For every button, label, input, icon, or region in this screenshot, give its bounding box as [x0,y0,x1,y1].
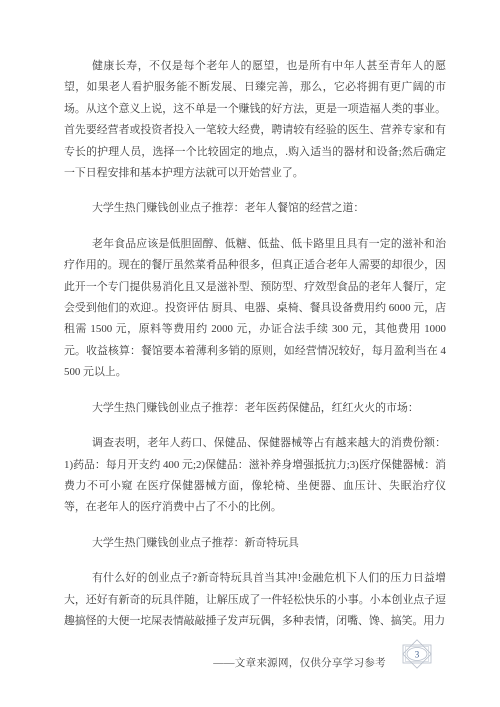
footer-source-note: ——文章来源网，仅供分享学习参考 [213,655,386,670]
paragraph: 调查表明，老年人药口、保健品、保健器械等占有越来越大的消费份额：1)药品：每月开… [64,433,446,519]
heading: 大学生热门赚钱创业点子推荐：老年医药保健品，红红火火的市场： [64,398,446,419]
paragraph: 有什么好的创业点子?新奇特玩具首当其冲!金融危机下人们的压力日益增大，还好有新奇… [64,568,446,632]
heading: 大学生热门赚钱创业点子推荐：新奇特玩具 [64,533,446,554]
document-body: 健康长寿，不仅是每个老年人的愿望，也是所有中年人甚至青年人的愿望，如果老人看护服… [64,56,446,646]
page-number-seal-icon: 3 [398,639,436,669]
page-number: 3 [415,650,420,660]
page-number-badge: 3 [398,639,436,669]
heading: 大学生热门赚钱创业点子推荐：老年人餐馆的经营之道： [64,198,446,219]
paragraph: 健康长寿，不仅是每个老年人的愿望，也是所有中年人甚至青年人的愿望，如果老人看护服… [64,56,446,184]
paragraph: 老年食品应该是低胆固醇、低糖、低盐、低卡路里且具有一定的滋补和治疗作用的。现在的… [64,234,446,384]
document-page: 健康长寿，不仅是每个老年人的愿望，也是所有中年人甚至青年人的愿望，如果老人看护服… [0,0,500,707]
